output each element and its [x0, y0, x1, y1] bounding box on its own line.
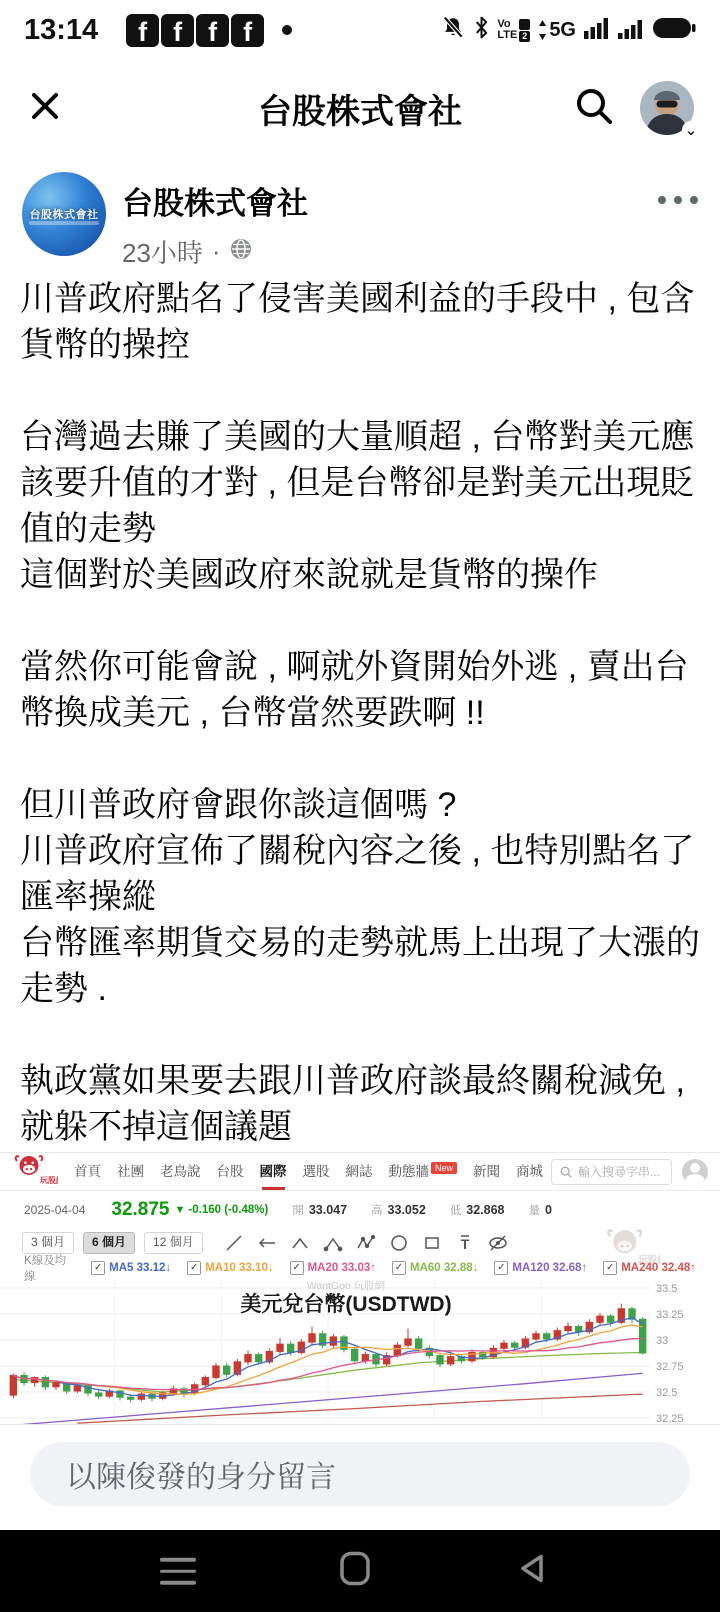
quote-date: 2025-04-04	[24, 1203, 85, 1217]
status-icons: VoLTE 2 5G	[440, 15, 696, 46]
checkbox-checked-icon: ✓	[392, 1261, 406, 1275]
trend-line-tool-icon	[224, 1233, 244, 1253]
facebook-icon: f	[126, 14, 159, 47]
ma-toggle-ma10: ✓MA10 33.10↓	[187, 1261, 273, 1275]
bluetooth-icon	[474, 15, 489, 45]
home-button[interactable]	[340, 1552, 370, 1591]
checkbox-checked-icon: ✓	[187, 1261, 201, 1275]
notification-dot-icon	[282, 25, 292, 35]
android-nav-bar	[0, 1530, 720, 1612]
ma-toggle-ma120: ✓MA120 32.68↑	[494, 1261, 587, 1275]
ellipse-tool-icon	[389, 1233, 409, 1253]
signal-secondary-icon	[618, 16, 644, 45]
phone-screen: 13:14 ffff VoLTE 2 5G	[0, 0, 720, 1612]
comment-input[interactable]: 以陳俊發的身分留言	[30, 1442, 690, 1506]
post-menu-icon[interactable]	[658, 172, 698, 268]
checkbox-checked-icon: ✓	[91, 1261, 105, 1275]
range-button: 6 個月	[83, 1232, 135, 1254]
user-avatar[interactable]: ⌄	[640, 81, 694, 135]
status-bar: 13:14 ffff VoLTE 2 5G	[0, 0, 720, 60]
horizontal-arrow-tool-icon	[257, 1233, 277, 1253]
wantgoo-logo: 玩股網	[12, 1152, 58, 1191]
facebook-icon: f	[196, 14, 229, 47]
angle-ab-tool-icon	[323, 1233, 343, 1253]
facebook-icon: f	[161, 14, 194, 47]
post-attachment-image[interactable]: 玩股網 首頁社團老鳥說台股國際選股網誌動態牆New新聞商城 輸入搜尋字串... …	[0, 1152, 720, 1425]
post-header: 台股株式會社 台股株式會社 23小時 ·	[22, 172, 698, 268]
wantgoo-nav-item: 社團	[117, 1153, 144, 1190]
svg-text:33.25: 33.25	[656, 1309, 684, 1321]
svg-text:32.5: 32.5	[656, 1387, 677, 1399]
svg-text:玩股網: 玩股網	[40, 1175, 58, 1185]
chevron-down-icon: ⌄	[682, 121, 700, 139]
svg-text:玩股網: 玩股網	[638, 1253, 660, 1266]
rectangle-tool-icon	[422, 1233, 442, 1253]
page-avatar[interactable]: 台股株式會社	[22, 172, 106, 256]
page-name[interactable]: 台股株式會社	[122, 178, 308, 223]
quote-change: -0.160 (-0.48%)	[188, 1204, 268, 1216]
checkbox-checked-icon: ✓	[494, 1261, 508, 1275]
search-icon[interactable]	[572, 84, 616, 133]
svg-text:WantGoo 玩股網: WantGoo 玩股網	[307, 1279, 386, 1292]
svg-text:美元兌台幣(USDTWD): 美元兌台幣(USDTWD)	[240, 1292, 451, 1316]
signal-primary-icon	[584, 16, 610, 45]
quote-price: 32.875	[111, 1199, 169, 1221]
facebook-icon: f	[231, 14, 264, 47]
page-title: 台股株式會社	[258, 84, 462, 133]
quote-low: 32.868	[466, 1203, 504, 1217]
wave-abc-tool-icon	[356, 1233, 376, 1253]
angle-tool-icon	[290, 1233, 310, 1253]
wantgoo-nav-bar: 玩股網 首頁社團老鳥說台股國際選股網誌動態牆New新聞商城 輸入搜尋字串...	[0, 1153, 720, 1191]
network-5g-icon: 5G	[538, 19, 576, 42]
wantgoo-nav-item: 選股	[303, 1153, 330, 1190]
comment-composer: 以陳俊發的身分留言	[0, 1424, 720, 1531]
wantgoo-nav-item: 新聞	[473, 1153, 500, 1190]
wantgoo-nav-item: 台股	[217, 1153, 244, 1190]
ma-toggle-ma20: ✓MA20 33.03↑	[290, 1261, 376, 1275]
ma-toggle-ma60: ✓MA60 32.88↓	[392, 1261, 478, 1275]
wantgoo-nav-items: 首頁社團老鳥說台股國際選股網誌動態牆New新聞商城	[66, 1153, 551, 1190]
svg-text:33.5: 33.5	[656, 1283, 677, 1295]
usdtwd-candlestick-chart: 33.533.253332.7532.532.25WantGoo 玩股網美元兌台…	[0, 1278, 720, 1425]
post-body-text: 川普政府點名了侵害美國利益的手段中 , 包含貨幣的操控 台灣過去賺了美國的大量順…	[20, 276, 704, 1150]
svg-text:T: T	[460, 1236, 469, 1252]
wantgoo-user-avatar-icon	[682, 1159, 708, 1185]
volte-icon: VoLTE 2	[497, 19, 530, 42]
quote-open: 33.047	[309, 1203, 347, 1217]
wantgoo-search-input: 輸入搜尋字串...	[551, 1159, 672, 1185]
wantgoo-nav-item: 動態牆New	[389, 1153, 458, 1190]
app-header: 台股株式會社 ⌄	[0, 60, 720, 156]
battery-icon	[652, 16, 696, 45]
quote-bar: 2025-04-04 32.875 ▼ -0.160 (-0.48%) 開33.…	[0, 1191, 720, 1229]
wantgoo-nav-item: 商城	[516, 1153, 543, 1190]
clock: 13:14	[24, 14, 98, 47]
hide-drawings-tool-icon	[488, 1233, 508, 1253]
quote-high: 33.052	[388, 1203, 426, 1217]
range-button: 12 個月	[144, 1232, 203, 1254]
wantgoo-nav-item: 國際	[260, 1153, 287, 1190]
text-tool-icon: T	[455, 1233, 475, 1253]
recents-button[interactable]	[160, 1558, 196, 1585]
ma-toggle-ma5: ✓MA5 33.12↓	[91, 1261, 171, 1275]
app-shortcut-icons: ffff	[126, 14, 264, 47]
close-icon[interactable]	[26, 87, 64, 130]
post-time: 23小時	[122, 233, 203, 270]
new-badge: New	[431, 1162, 457, 1175]
wantgoo-watermark-logo: 玩股網	[604, 1225, 660, 1272]
wantgoo-nav-item: 首頁	[74, 1153, 101, 1190]
quote-volume: 0	[545, 1203, 552, 1217]
svg-text:33: 33	[656, 1335, 668, 1347]
wantgoo-nav-item: 網誌	[346, 1153, 373, 1190]
back-button[interactable]	[517, 1553, 547, 1590]
globe-icon	[230, 236, 252, 267]
checkbox-checked-icon: ✓	[290, 1261, 304, 1275]
notifications-off-icon	[440, 15, 466, 46]
wantgoo-nav-item: 老鳥說	[160, 1153, 201, 1190]
svg-text:32.75: 32.75	[656, 1361, 684, 1373]
price-down-triangle-icon: ▼	[175, 1204, 186, 1216]
